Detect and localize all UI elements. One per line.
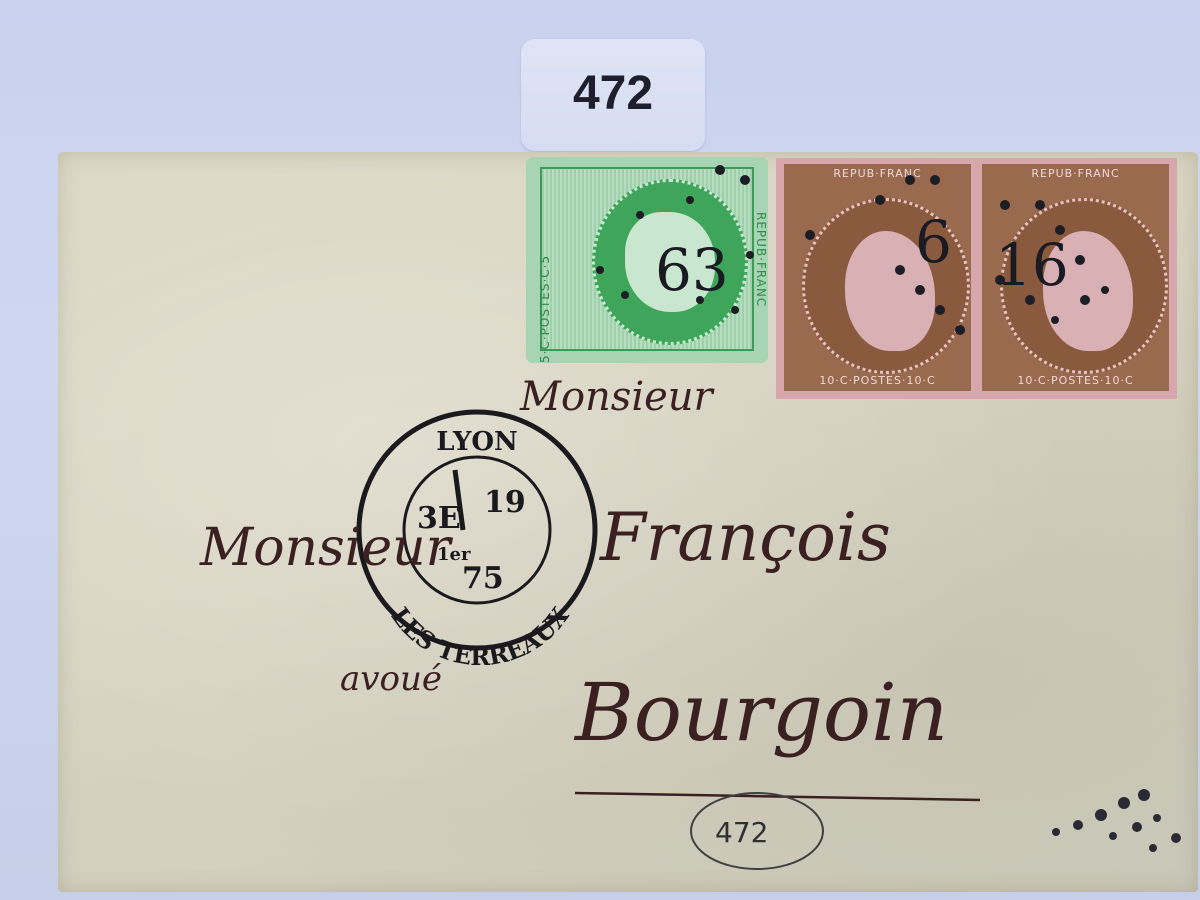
stamp-10c-brown-left: REPUB·FRANC 10·C·POSTES·10·C [776,158,979,399]
ceres-head-icon [845,231,935,351]
lot-number-label: 472 [521,39,705,151]
stamp-value-text: 5·C·POSTES·C·5 [530,157,560,363]
stamp-top-text: REPUB·FRANC [790,164,965,182]
stamp-country-text: REPUB·FRANC [746,157,768,363]
ceres-medallion [1000,198,1168,374]
ceres-head-icon [1043,231,1133,351]
stamp-bottom-text: 10·C·POSTES·10·C [988,371,1163,389]
stamp-bottom-text: 10·C·POSTES·10·C [790,371,965,389]
ceres-medallion [592,179,748,345]
stamp-5c-green: 5·C·POSTES·C·5 REPUB·FRANC [526,157,768,363]
stamp-frame [784,164,971,391]
stamp-frame [982,164,1169,391]
stamp-10c-brown-right: REPUB·FRANC 10·C·POSTES·10·C [974,158,1177,399]
stamp-top-text: REPUB·FRANC [988,164,1163,182]
stamp-frame [540,167,754,351]
ceres-medallion [802,198,970,374]
ceres-head-icon [625,212,715,312]
lot-number: 472 [573,66,653,121]
